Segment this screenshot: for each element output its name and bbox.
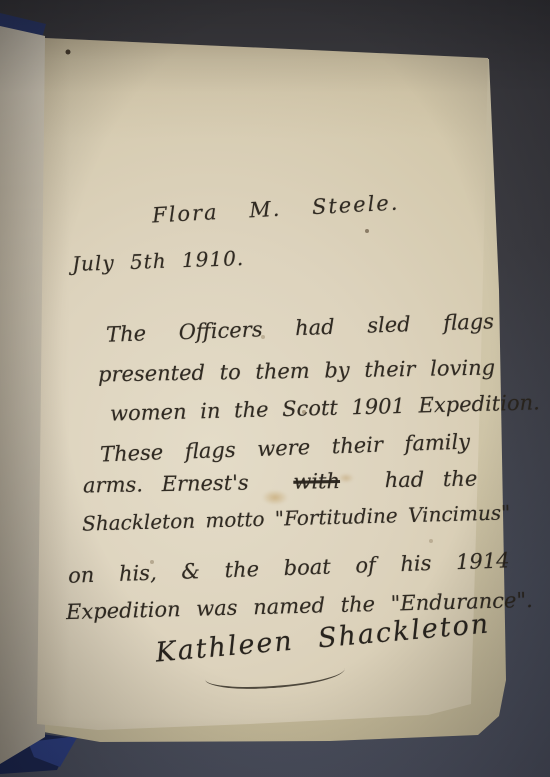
inscription-line-text: arms. Ernest's bbox=[83, 471, 249, 498]
foxing-specks bbox=[0, 0, 2, 2]
inscription-line-text: had the bbox=[384, 467, 477, 493]
struck-word: with bbox=[293, 469, 340, 494]
page-stain bbox=[262, 490, 288, 505]
book-photograph: Flora M. Steele. July 5th 1910. The Offi… bbox=[0, 0, 550, 777]
page-stain bbox=[338, 473, 354, 483]
